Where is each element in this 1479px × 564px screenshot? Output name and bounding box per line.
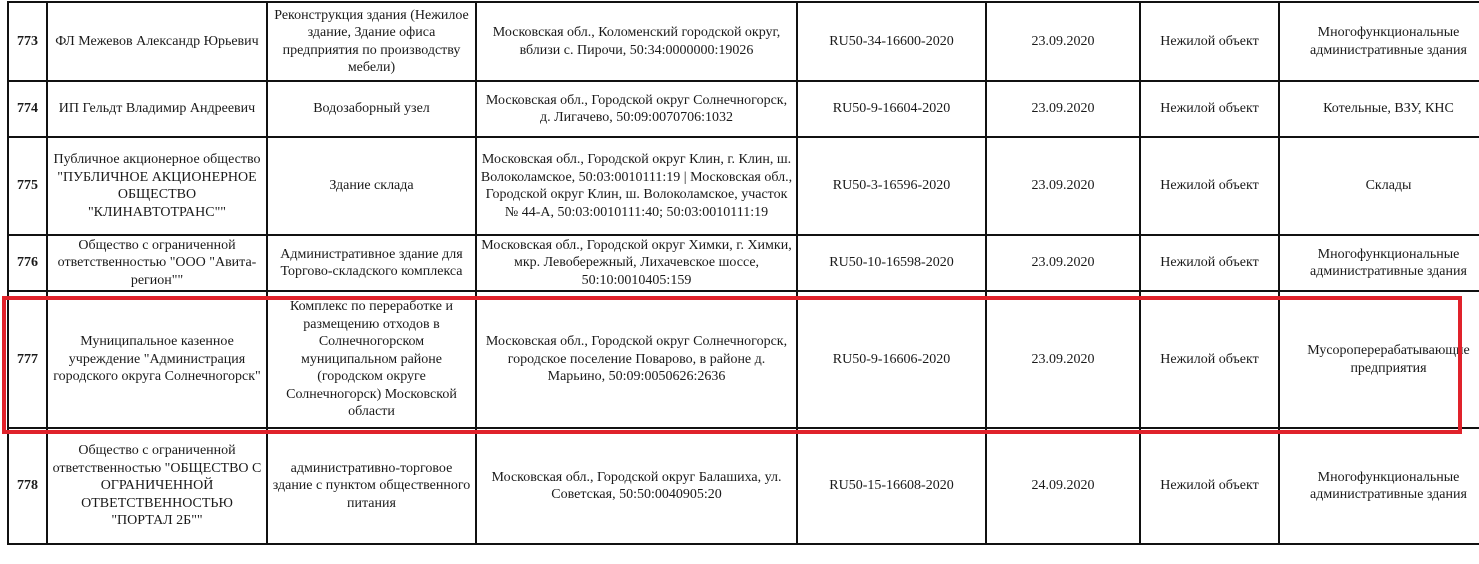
date-cell: 23.09.2020: [986, 81, 1140, 137]
permit-number-cell: RU50-10-16598-2020: [797, 235, 986, 291]
address-cell: Московская обл., Городской округ Химки, …: [476, 235, 797, 291]
object-cell: Административное здание для Торгово-скла…: [267, 235, 476, 291]
developer-cell: ФЛ Межевов Александр Юрьевич: [47, 2, 267, 81]
developer-cell: Общество с ограниченной ответственностью…: [47, 428, 267, 544]
address-cell: Московская обл., Городской округ Солнечн…: [476, 291, 797, 428]
table-row: 773 ФЛ Межевов Александр Юрьевич Реконст…: [8, 2, 1479, 81]
date-cell: 23.09.2020: [986, 291, 1140, 428]
date-cell: 23.09.2020: [986, 235, 1140, 291]
address-cell: Московская обл., Городской округ Солнечн…: [476, 81, 797, 137]
object-type-cell: Нежилой объект: [1140, 81, 1279, 137]
object-cell: Водозаборный узел: [267, 81, 476, 137]
category-cell: Многофункциональные административные зда…: [1279, 2, 1479, 81]
object-cell: Здание склада: [267, 137, 476, 235]
table-row: 776 Общество с ограниченной ответственно…: [8, 235, 1479, 291]
object-type-cell: Нежилой объект: [1140, 428, 1279, 544]
row-number: 775: [8, 137, 47, 235]
address-cell: Московская обл., Городской округ Балаших…: [476, 428, 797, 544]
developer-cell: Публичное акционерное общество "ПУБЛИЧНО…: [47, 137, 267, 235]
row-number: 776: [8, 235, 47, 291]
permit-number-cell: RU50-9-16606-2020: [797, 291, 986, 428]
object-cell: административно-торговое здание с пункто…: [267, 428, 476, 544]
table-row: 775 Публичное акционерное общество "ПУБЛ…: [8, 137, 1479, 235]
object-cell: Комплекс по переработке и размещению отх…: [267, 291, 476, 428]
developer-cell: Муниципальное казенное учреждение "Админ…: [47, 291, 267, 428]
developer-cell: ИП Гельдт Владимир Андреевич: [47, 81, 267, 137]
address-cell: Московская обл., Городской округ Клин, г…: [476, 137, 797, 235]
table-row: 774 ИП Гельдт Владимир Андреевич Водозаб…: [8, 81, 1479, 137]
object-type-cell: Нежилой объект: [1140, 291, 1279, 428]
object-type-cell: Нежилой объект: [1140, 137, 1279, 235]
row-number: 778: [8, 428, 47, 544]
object-type-cell: Нежилой объект: [1140, 2, 1279, 81]
object-type-cell: Нежилой объект: [1140, 235, 1279, 291]
developer-cell: Общество с ограниченной ответственностью…: [47, 235, 267, 291]
category-cell: Многофункциональные административные зда…: [1279, 428, 1479, 544]
table-row: 778 Общество с ограниченной ответственно…: [8, 428, 1479, 544]
category-cell: Мусороперерабатывающие предприятия: [1279, 291, 1479, 428]
permit-number-cell: RU50-15-16608-2020: [797, 428, 986, 544]
category-cell: Котельные, ВЗУ, КНС: [1279, 81, 1479, 137]
row-number: 774: [8, 81, 47, 137]
permit-number-cell: RU50-9-16604-2020: [797, 81, 986, 137]
date-cell: 23.09.2020: [986, 2, 1140, 81]
date-cell: 23.09.2020: [986, 137, 1140, 235]
date-cell: 24.09.2020: [986, 428, 1140, 544]
address-cell: Московская обл., Коломенский городской о…: [476, 2, 797, 81]
permit-number-cell: RU50-3-16596-2020: [797, 137, 986, 235]
object-cell: Реконструкция здания (Нежилое здание, Зд…: [267, 2, 476, 81]
row-number: 777: [8, 291, 47, 428]
permits-table: 773 ФЛ Межевов Александр Юрьевич Реконст…: [7, 1, 1479, 545]
category-cell: Склады: [1279, 137, 1479, 235]
permit-number-cell: RU50-34-16600-2020: [797, 2, 986, 81]
table-row-highlighted: 777 Муниципальное казенное учреждение "А…: [8, 291, 1479, 428]
row-number: 773: [8, 2, 47, 81]
category-cell: Многофункциональные административные зда…: [1279, 235, 1479, 291]
